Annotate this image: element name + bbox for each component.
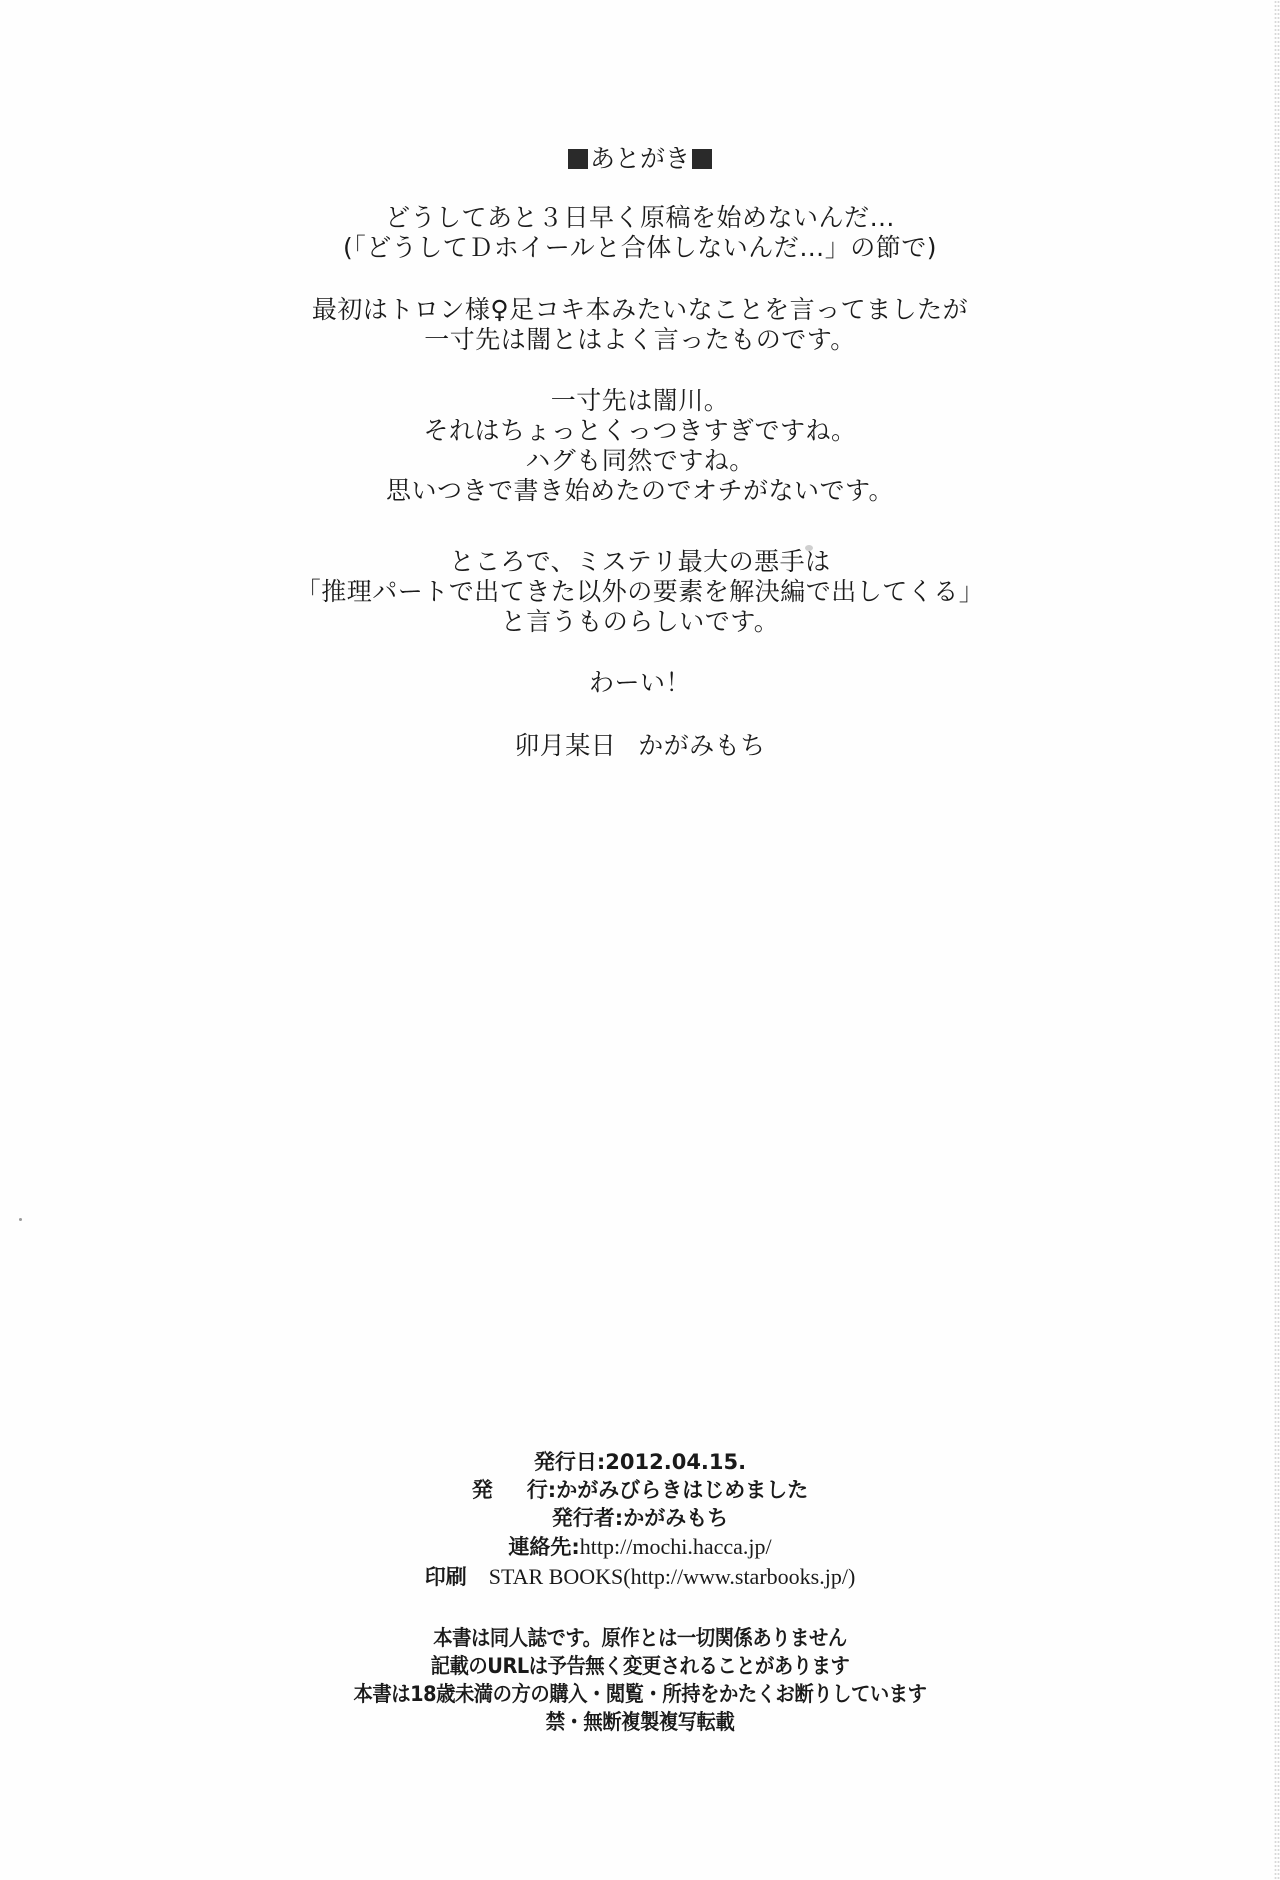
- afterword-line: 最初はトロン様♀足コキ本みたいなことを言ってましたが: [0, 297, 1280, 322]
- signature-date: 卯月某日: [514, 731, 616, 760]
- notice-line: 記載のURLは予告無く変更されることがあります: [51, 1656, 1229, 1677]
- afterword-line: 思いつきで書き始めたのでオチがないです。: [0, 478, 1280, 503]
- scan-speck: [19, 1218, 22, 1221]
- printer-value: STAR BOOKS(http://www.starbooks.jp/): [489, 1564, 856, 1589]
- publish-date-label: 発行日:: [534, 1450, 605, 1474]
- afterword-title-text: あとがき: [590, 144, 690, 173]
- afterword-line: (「どうしてＤホイールと合体しないんだ…」の節で): [0, 235, 1280, 260]
- colophon-publisher: 発行:かがみびらきはじめました: [0, 1480, 1280, 1501]
- afterword-line: ハグも同然ですね。: [0, 448, 1280, 473]
- notice-line: 本書は18歳未満の方の購入・閲覧・所持をかたくお断りしています: [51, 1684, 1229, 1705]
- issuer-label: 発行者:: [552, 1506, 623, 1530]
- notice-line: 禁・無断複製複写転載: [51, 1712, 1229, 1733]
- afterword-line: 一寸先は闇川。: [0, 388, 1280, 413]
- publish-date-value: 2012.04.15.: [605, 1450, 746, 1474]
- contact-url[interactable]: http://mochi.hacca.jp/: [580, 1534, 772, 1559]
- afterword-line: それはちょっとくっつきすぎですね。: [0, 418, 1280, 443]
- afterword-line: 一寸先は闇とはよく言ったものです。: [0, 327, 1280, 352]
- printer-label: 印刷: [425, 1565, 467, 1589]
- black-square-icon: [692, 149, 712, 169]
- contact-label: 連絡先:: [508, 1535, 579, 1559]
- scan-edge-border: [1274, 0, 1280, 1880]
- afterword-line: ところで、ミステリ最大の悪手は: [0, 549, 1280, 574]
- publisher-value: かがみびらきはじめました: [556, 1478, 808, 1502]
- afterword-line: どうしてあと３日早く原稿を始めないんだ…: [0, 205, 1280, 230]
- scanned-page: あとがき どうしてあと３日早く原稿を始めないんだ… (「どうしてＤホイールと合体…: [0, 0, 1280, 1880]
- black-square-icon: [568, 149, 588, 169]
- afterword-signature: 卯月某日かがみもち: [0, 733, 1280, 758]
- colophon-contact: 連絡先:http://mochi.hacca.jp/: [0, 1536, 1280, 1558]
- publisher-label: 発: [472, 1478, 493, 1502]
- afterword-line: と言うものらしいです。: [0, 609, 1280, 634]
- colophon-issuer: 発行者:かがみもち: [0, 1508, 1280, 1529]
- notice-line: 本書は同人誌です。原作とは一切関係ありません: [51, 1628, 1229, 1649]
- afterword-title: あとがき: [0, 146, 1280, 171]
- signature-author: かがみもち: [638, 731, 766, 760]
- afterword-line: わーい！: [0, 670, 1280, 695]
- afterword-line: 「推理パートで出てきた以外の要素を解決編で出してくる」: [0, 579, 1280, 604]
- issuer-value: かがみもち: [623, 1506, 728, 1530]
- publisher-label-suffix: 行:: [527, 1478, 556, 1502]
- colophon-publish-date: 発行日:2012.04.15.: [0, 1452, 1280, 1473]
- colophon-printer: 印刷STAR BOOKS(http://www.starbooks.jp/): [0, 1566, 1280, 1588]
